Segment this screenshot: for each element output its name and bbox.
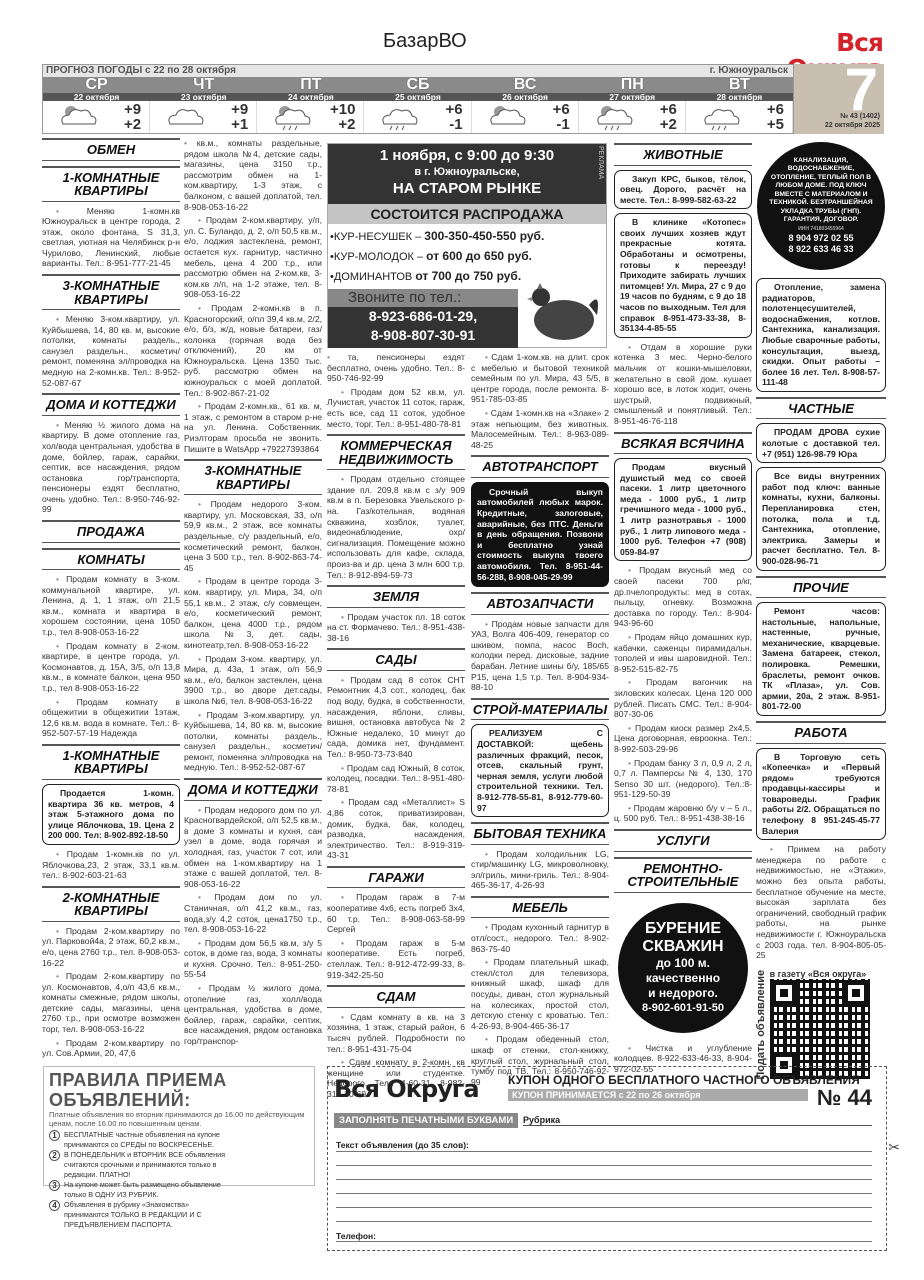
classified-ad: Продам жаровню б/у v – 5 л., ц. 500 руб.…	[614, 803, 752, 824]
boxed-ad: ПРОДАМ ДРОВА сухие колотые с доставкой т…	[756, 423, 886, 463]
classified-ad: Продам банку 3 л, 0,9 л, 2 л, 0,7 л. Пам…	[614, 758, 752, 800]
rubric-field[interactable]: Рубрика	[523, 1115, 872, 1126]
temp-high: +6	[445, 102, 462, 117]
classified-ad: Продам сад 8 соток СНТ Ремонтник 4,3 сот…	[327, 675, 465, 760]
section-heading: 3-КОМНАТНЫЕ КВАРТИРЫ	[42, 274, 180, 310]
classified-ad: Продам гараж в 7-м кооперативе 4х6, есть…	[327, 892, 465, 934]
weather-date: 25 октября	[364, 93, 471, 101]
boxed-ad: В Торговую сеть «Копеечка» и «Первый ряд…	[756, 748, 886, 841]
section-heading: СТРОЙ-МАТЕРИАЛЫ	[471, 698, 609, 721]
column-2: кв.м., комнаты раздельные, рядом школа №…	[184, 138, 322, 1050]
ad-text-line[interactable]	[336, 1221, 872, 1222]
section-heading: ЖИВОТНЫЕ	[614, 143, 752, 166]
section-heading: ВСЯКАЯ ВСЯЧИНА	[614, 432, 752, 455]
section-heading: ПРОЧИЕ	[756, 576, 886, 599]
section-heading: ЧАСТНЫЕ	[756, 397, 886, 420]
temp-high: +10	[330, 102, 355, 117]
ad-text-line[interactable]	[336, 1207, 872, 1208]
car-buyback-ad: Срочный выкуп автомобилей любых марок. К…	[471, 482, 609, 587]
classified-ad: Сдам 1-комн.кв на «Злаке» 2 этаж непьющи…	[471, 408, 609, 450]
ad-text-line[interactable]	[336, 1193, 872, 1194]
promo-item: •КУР-НЕСУШЕК – 300-350-450-550 руб.	[330, 227, 606, 247]
promo-date: 1 ноября, с 9:00 до 9:30	[328, 147, 606, 165]
boxed-ad: Продам вкусный душистый мед со своей пас…	[614, 458, 752, 561]
section-heading: РАБОТА	[756, 721, 886, 744]
weather-date: 26 октября	[472, 93, 579, 101]
classified-ad: Продам плательный шкаф, стекл/стол для т…	[471, 957, 609, 1031]
rules-title: ПРАВИЛА ПРИЕМА ОБЪЯВЛЕНИЙ:	[49, 1070, 309, 1110]
sun-rain-icon	[593, 104, 637, 130]
weekday: ПН	[579, 77, 686, 93]
weather-day: СР 22 октября +9+2	[43, 77, 150, 133]
section-heading: КОММЕРЧЕСКАЯ НЕДВИЖИМОСТЬ	[327, 434, 465, 470]
classified-ad: Продам комнату в 3-ком. коммунальной ква…	[42, 574, 180, 638]
temp-high: +6	[660, 102, 677, 117]
classified-ad: Отдам в хорошие руки котенка 3 мес. Черн…	[614, 342, 752, 427]
ad-text-line[interactable]	[336, 1151, 872, 1152]
classified-ad: Продам недорого 3-ком. квартиру, ул. Мос…	[184, 499, 322, 573]
weather-day: ЧТ 23 октября +9+1	[150, 77, 257, 133]
classified-ad: Продам 3-ком.квартиру, ул. Куйбышева, 14…	[184, 710, 322, 774]
hen-icon	[519, 275, 604, 345]
classified-ad: Продам гараж в 5-м кооперативе. Есть пог…	[327, 938, 465, 980]
qr-side-label: Подать объявление	[756, 969, 767, 1080]
classified-ad: Сдам комнату в кв. на 3 хозяина, 1 этаж,…	[327, 1012, 465, 1054]
classified-ad: Продам в центре города 3-ком. квартиру, …	[184, 576, 322, 650]
classified-ad: Продам новые запчасти для УАЗ, Волга 406…	[471, 619, 609, 693]
scissors-icon: ✂	[888, 1139, 900, 1156]
boxed-ad: РЕАЛИЗУЕМ С ДОСТАВКОЙ: щебень различных …	[471, 724, 609, 817]
qr-top-label: в газету «Вся округа»	[770, 969, 870, 980]
classified-ad: Продам участок пл. 18 соток на ст. Форма…	[327, 612, 465, 644]
temp-low: -1	[553, 117, 570, 132]
rule-item: 4Объявления в рубрику «Знакомства» прини…	[49, 1200, 229, 1230]
temp-low: -1	[445, 117, 462, 132]
rain-icon	[378, 104, 422, 130]
section-heading: КОМНАТЫ	[42, 548, 180, 571]
column-5: ЖИВОТНЫЕ Закуп КРС, быков, тёлок, овец. …	[614, 138, 752, 1077]
section-heading: САДЫ	[327, 648, 465, 671]
classified-ad: кв.м., комнаты раздельные, рядом школа №…	[184, 138, 322, 212]
promo-place: НА СТАРОМ РЫНКЕ	[328, 180, 606, 198]
coupon-dates: КУПОН ПРИНИМАЕТСЯ с 22 по 26 октября	[508, 1089, 808, 1101]
ad-text-line[interactable]	[336, 1165, 872, 1166]
ad-text-line[interactable]	[336, 1179, 872, 1180]
rules-subtitle: Платные объявления во вторник принимаютс…	[49, 1110, 309, 1128]
classified-ad: Продам дом 56,5 кв.м, з/у 5 соток, в дом…	[184, 938, 322, 980]
rule-item: 2В ПОНЕДЕЛЬНИК и ВТОРНИК ВСЕ объявления …	[49, 1150, 229, 1180]
coupon-logo: Вся Округа	[334, 1075, 479, 1103]
weekday: ВС	[472, 77, 579, 93]
sun-rain-icon	[271, 104, 315, 130]
section-heading: ОБМЕН	[42, 138, 180, 161]
classified-ad: Продам отдельно стоящее здание пл. 209,8…	[327, 474, 465, 580]
issue-date: 22 октября 2025	[825, 121, 880, 130]
promo-item: •КУР-МОЛОДОК – от 600 до 650 руб.	[330, 247, 606, 267]
classified-ad: Продам сад Южный, 8 соток, колодец, поса…	[327, 763, 465, 795]
temp-high: +6	[553, 102, 570, 117]
site-title: БазарВО	[383, 30, 467, 53]
weather-day: ПН 27 октября +6+2	[579, 77, 686, 133]
classified-ad: Продам ½ жилого дома, отопелние газ, хол…	[184, 983, 322, 1047]
boxed-ad: В клинике «Котопес» своих лучших хозяев …	[614, 213, 752, 338]
classified-ad: та, пенсионеры ездят бесплатно, очень уд…	[327, 352, 465, 384]
section-heading: ДОМА И КОТТЕДЖИ	[184, 778, 322, 801]
classified-ad: Продам дом 52 кв.м, ул. Лучистая, участо…	[327, 387, 465, 429]
weather-date: 28 октября	[686, 93, 793, 101]
ad-text-label: Текст объявления (до 35 слов):	[336, 1140, 872, 1150]
classified-ad: Продам недорого дом по ул. Красногвардей…	[184, 805, 322, 890]
section-heading: АВТОТРАНСПОРТ	[471, 455, 609, 478]
coupon-instruction: ЗАПОЛНЯТЬ ПЕЧАТНЫМИ БУКВАМИ	[334, 1113, 518, 1128]
partly-cloudy-icon	[486, 104, 530, 130]
cloudy-icon	[164, 104, 208, 130]
boxed-ad: Продается 1-комн. квартира 36 кв. метров…	[42, 784, 180, 845]
section-heading: ДОМА И КОТТЕДЖИ	[42, 393, 180, 416]
section-heading: ПРОДАЖА	[42, 520, 180, 543]
boxed-ad: Закуп КРС, быков, тёлок, овец. Дорого, р…	[614, 170, 752, 210]
partly-cloudy-icon	[57, 104, 101, 130]
weather-day: ВТ 28 октября +6+5	[686, 77, 793, 133]
promo-call: Звоните по тел.:	[328, 289, 518, 307]
weather-date: 23 октября	[150, 93, 257, 101]
promo-phones: 8-923-686-01-29,8-908-807-30-91	[328, 307, 518, 348]
boxed-ad: Отопление, замена радиаторов, полотенцес…	[756, 278, 886, 392]
weather-day: СБ 25 октября +6-1	[364, 77, 471, 133]
classified-ad: Продам вкусный мед со своей пасеки 700 р…	[614, 565, 752, 629]
temp-high: +9	[124, 102, 141, 117]
weather-date: 22 октября	[43, 93, 150, 101]
classified-ad: Продам дом по ул. Станичная, о/п 41,2 кв…	[184, 892, 322, 934]
classified-ad: Меняю 3-ком.квартиру, ул. Куйбышева, 14,…	[42, 314, 180, 388]
section-heading: ЗЕМЛЯ	[327, 585, 465, 608]
plumbing-ad: КАНАЛИЗАЦИЯ, ВОДОСНАБЖЕНИЕ, ОТОПЛЕНИЕ, Т…	[757, 142, 885, 270]
weather-day: ВС 26 октября +6-1	[472, 77, 579, 133]
classified-ad: Продам 1-комн.кв по ул. Яблочкова,23, 2 …	[42, 849, 180, 881]
ad-rules: ПРАВИЛА ПРИЕМА ОБЪЯВЛЕНИЙ: Платные объяв…	[43, 1066, 315, 1186]
weather-date: 27 октября	[579, 93, 686, 101]
free-ad-coupon: Вся Округа КУПОН ОДНОГО БЕСПЛАТНОГО ЧАСТ…	[327, 1066, 887, 1251]
classified-ad: Продам 2-комн.кв., 61 кв. м, 1 этаж, с р…	[184, 401, 322, 454]
section-heading: 1-КОМНАТНЫЕ КВАРТИРЫ	[42, 744, 180, 780]
classified-ad: Продам яйцо домашних кур, кабачки, сажен…	[614, 632, 752, 674]
section-heading: СДАМ	[327, 985, 465, 1008]
section-heading: УСЛУГИ	[614, 829, 752, 852]
boxed-ad: Ремонт часов: настольные, напольные, нас…	[756, 602, 886, 716]
classified-ad: Продам 2-комн.кв в п. Красногорский, о/п…	[184, 303, 322, 398]
promo-city: в г. Южноуральске,	[328, 165, 606, 180]
classified-ad: Меняю 1-комн.кв Южноуральск в центре гор…	[42, 206, 180, 270]
temp-low: +1	[231, 117, 248, 132]
classified-ad: Продам комнату в общежитии в общежитии 1…	[42, 697, 180, 739]
section-heading: ГАРАЖИ	[327, 866, 465, 889]
temp-low: +2	[660, 117, 677, 132]
column-4: Сдам 1-ком.кв. на длит. срок с мебелью и…	[471, 352, 609, 1090]
coupon-title: КУПОН ОДНОГО БЕСПЛАТНОГО ЧАСТНОГО ОБЪЯВЛ…	[508, 1073, 860, 1087]
classified-ad: Продам холодильник LG, стир/машинку LG, …	[471, 849, 609, 891]
section-heading: РЕМОНТНО-СТРОИТЕЛЬНЫЕ	[614, 857, 752, 893]
classified-ad: Продам 2-ком.квартиру, у/п, ул. С. Булан…	[184, 215, 322, 300]
boxed-ad: Все виды внутренних работ под ключ: ванн…	[756, 467, 886, 570]
weekday: СР	[43, 77, 150, 93]
weather-date: 24 октября	[257, 93, 364, 101]
section-heading: МЕБЕЛЬ	[471, 896, 609, 919]
issue-number: № 43 (1402)	[825, 112, 880, 121]
advert-label: РЕКЛАМА	[597, 146, 604, 179]
temp-low: +2	[330, 117, 355, 132]
column-1: ОБМЕН 1-КОМНАТНЫЕ КВАРТИРЫ Меняю 1-комн.…	[42, 138, 180, 1062]
rain-icon	[700, 104, 744, 130]
classified-ad: Примем на работу менеджера по работе с н…	[756, 844, 886, 961]
classified-ad: Продам кухонный гарнитур в отл/сост., не…	[471, 922, 609, 954]
weather-forecast: ПРОГНОЗ ПОГОДЫ с 22 по 28 октябряг. Южно…	[42, 64, 794, 134]
weather-day: ПТ 24 октября +10+2	[257, 77, 364, 133]
classified-ad: Продам сад «Металлист» S 4,86 соток, при…	[327, 797, 465, 861]
column-6: КАНАЛИЗАЦИЯ, ВОДОСНАБЖЕНИЕ, ОТОПЛЕНИЕ, Т…	[756, 138, 886, 1079]
weekday: ЧТ	[150, 77, 257, 93]
qr-code[interactable]	[770, 979, 870, 1079]
temp-low: +5	[767, 117, 784, 132]
classified-ad: Продам 2-ком.квартиру по ул. Космонавтов…	[42, 971, 180, 1035]
weekday: ВТ	[686, 77, 793, 93]
coupon-number: № 44	[817, 1085, 872, 1111]
classified-ad: Продам вагончик на зиловских колесах. Це…	[614, 677, 752, 719]
section-heading: БЫТОВАЯ ТЕХНИКА	[471, 822, 609, 845]
classified-ad: Меняю ½ жилого дома на квартиру. В доме …	[42, 420, 180, 515]
section-heading: 1-КОМНАТНЫЕ КВАРТИРЫ	[42, 166, 180, 202]
rule-item: 1БЕСПЛАТНЫЕ частные объявления на купоне…	[49, 1130, 229, 1150]
section-heading: АВТОЗАПЧАСТИ	[471, 592, 609, 615]
classified-ad: Продам 2-ком.квартиру по ул. Сов.Армии, …	[42, 1038, 180, 1059]
temp-low: +2	[124, 117, 141, 132]
temp-high: +6	[767, 102, 784, 117]
phone-field[interactable]: Телефон:	[336, 1231, 872, 1242]
weekday: СБ	[364, 77, 471, 93]
rule-item: 3На купоне может быть размещено объявлен…	[49, 1180, 229, 1200]
promo-band: СОСТОИТСЯ РАСПРОДАЖА	[328, 204, 606, 224]
classified-ad: Продам комнату в 2-ком. квартире, в цент…	[42, 641, 180, 694]
weekday: ПТ	[257, 77, 364, 93]
temp-high: +9	[231, 102, 248, 117]
well-drilling-ad: БУРЕНИЕ СКВАЖИН до 100 м. качественно и …	[618, 903, 748, 1033]
classified-ad: Сдам 1-ком.кв. на длит. срок с мебелью и…	[471, 352, 609, 405]
classified-ad: Продам 2-ком.квартиру по ул. Парковой4а,…	[42, 926, 180, 968]
issue-badge: 7 № 43 (1402)22 октября 2025	[794, 64, 884, 134]
column-3: та, пенсионеры ездят бесплатно, очень уд…	[327, 352, 465, 1102]
qr-block: Подать объявление в газету «Вся округа»	[756, 969, 886, 1080]
section-heading: 3-КОМНАТНЫЕ КВАРТИРЫ	[184, 459, 322, 495]
classified-ad: Продам киоск размер 2х4,5. Цена договорн…	[614, 723, 752, 755]
section-heading: 2-КОМНАТНЫЕ КВАРТИРЫ	[42, 886, 180, 922]
classified-ad: Продам 3-ком. квартиру, ул. Мира, д. 43а…	[184, 654, 322, 707]
poultry-sale-ad: 1 ноября, с 9:00 до 9:30 в г. Южноуральс…	[327, 143, 607, 348]
